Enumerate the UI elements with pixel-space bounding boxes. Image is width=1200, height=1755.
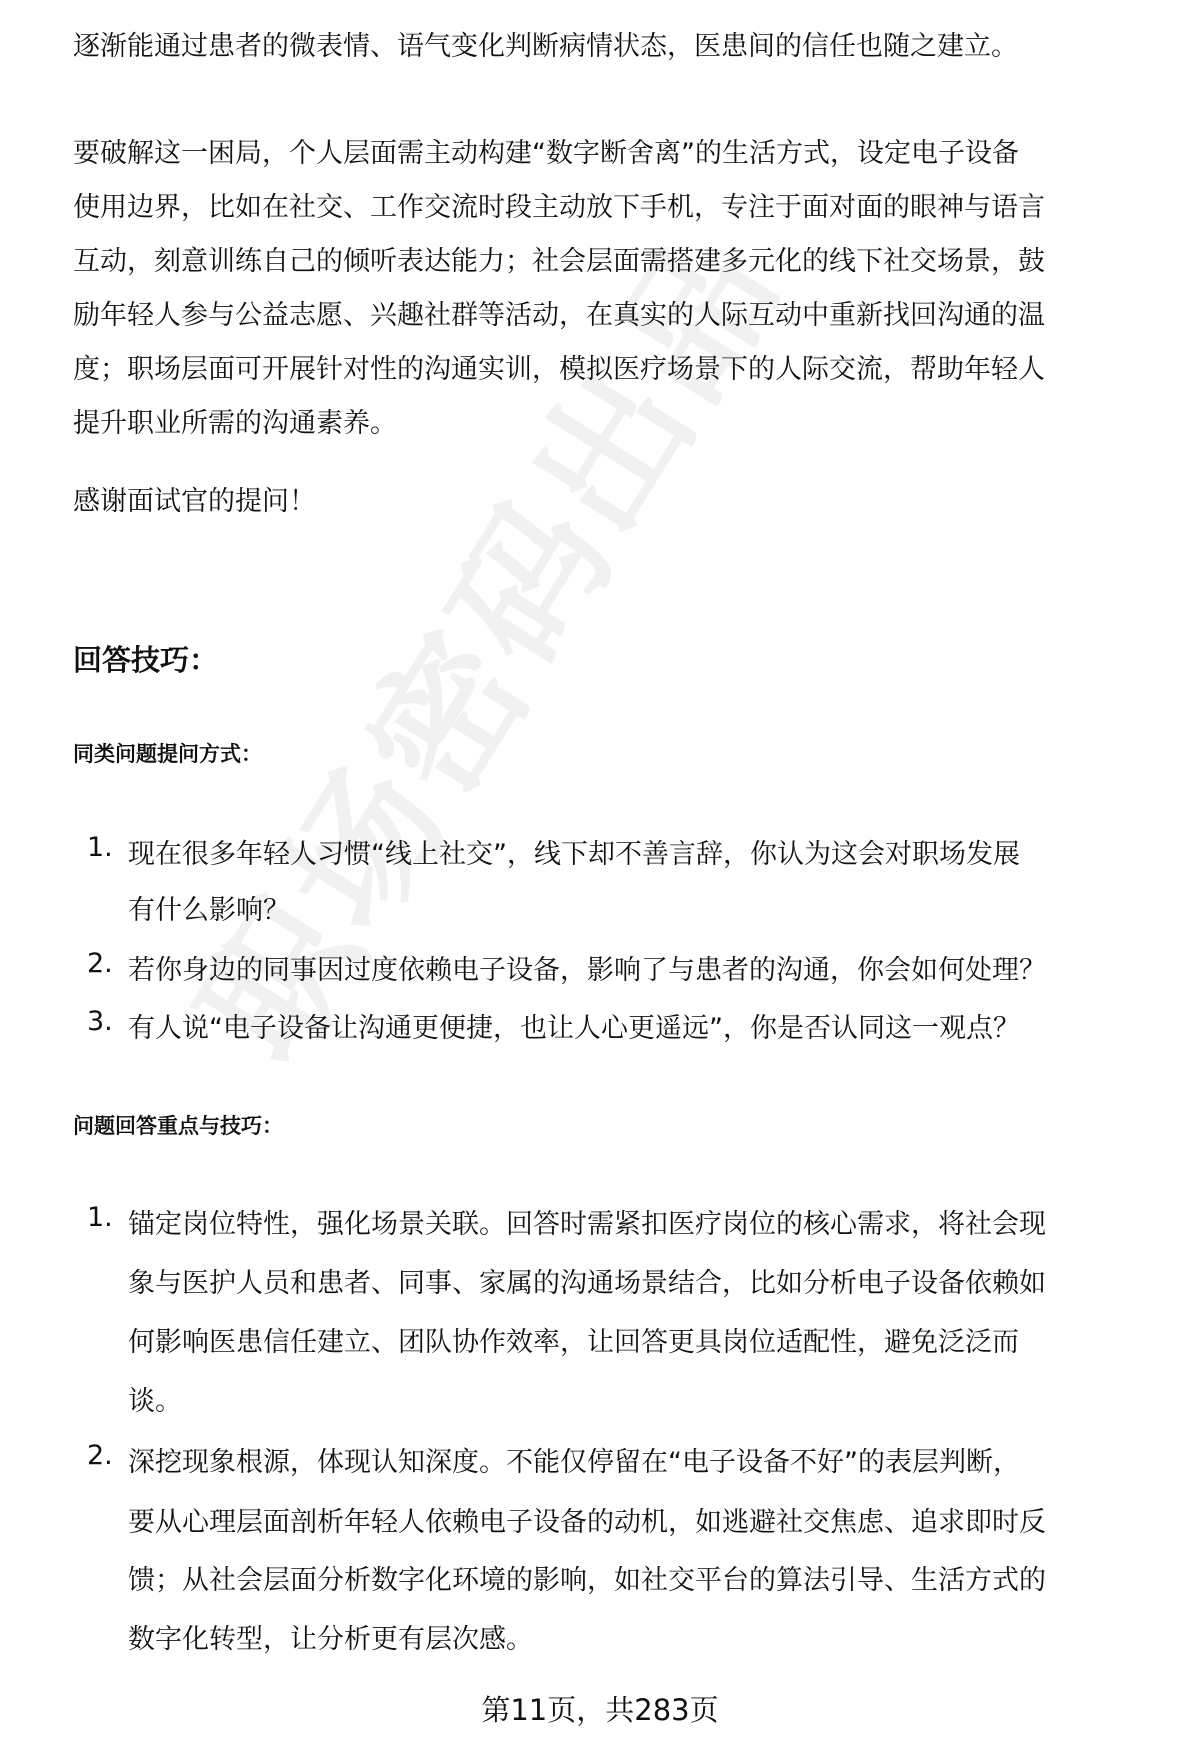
list-number: 1.	[87, 1202, 113, 1233]
closing-thanks: 感谢面试官的提问！	[73, 473, 316, 531]
list-item-continuation: 数字化转型，让分析更有层次感。	[128, 1617, 533, 1656]
list-item: 锚定岗位特性，强化场景关联。回答时需紧扣医疗岗位的核心需求，将社会现	[128, 1202, 1046, 1241]
list-item-continuation: 馈；从社会层面分析数字化环境的影响，如社交平台的算法引导、生活方式的	[128, 1558, 1046, 1597]
list-number: 3.	[87, 1006, 113, 1037]
list-item: 深挖现象根源，体现认知深度。不能仅停留在“电子设备不好”的表层判断，	[128, 1440, 1020, 1479]
list-item: 有人说“电子设备让沟通更便捷，也让人心更遥远”，你是否认同这一观点？	[128, 1006, 1020, 1045]
list-item-continuation: 象与医护人员和患者、同事、家属的沟通场景结合，比如分析电子设备依赖如	[128, 1261, 1046, 1300]
document-page: 逐渐能通过患者的微表情、语气变化判断病情状态，医患间的信任也随之建立。 要破解这…	[0, 0, 1200, 1755]
heading-similar-questions: 同类问题提问方式：	[73, 738, 262, 768]
list-item-continuation: 何影响医患信任建立、团队协作效率，让回答更具岗位适配性，避免泛泛而	[128, 1320, 1019, 1359]
list-item-continuation: 谈。	[128, 1379, 182, 1418]
list-item: 现在很多年轻人习惯“线上社交”，线下却不善言辞，你认为这会对职场发展	[128, 832, 1020, 871]
paragraph-line: 励年轻人参与公益志愿、兴趣社群等活动，在真实的人际互动中重新找回沟通的温	[73, 287, 1045, 345]
list-number: 2.	[87, 1440, 113, 1471]
heading-answer-tips: 回答技巧：	[73, 638, 218, 679]
heading-key-points: 问题回答重点与技巧：	[73, 1110, 283, 1140]
list-number: 2.	[87, 948, 113, 979]
list-item: 若你身边的同事因过度依赖电子设备，影响了与患者的沟通，你会如何处理？	[128, 948, 1046, 987]
paragraph-line: 度；职场层面可开展针对性的沟通实训，模拟医疗场景下的人际交流，帮助年轻人	[73, 341, 1045, 399]
list-item-continuation: 要从心理层面剖析年轻人依赖电子设备的动机，如逃避社交焦虑、追求即时反	[128, 1500, 1046, 1539]
paragraph-line: 互动，刻意训练自己的倾听表达能力；社会层面需搭建多元化的线下社交场景，鼓	[73, 233, 1045, 291]
list-number: 1.	[87, 832, 113, 863]
paragraph-line: 提升职业所需的沟通素养。	[73, 395, 397, 453]
paragraph-line: 使用边界，比如在社交、工作交流时段主动放下手机，专注于面对面的眼神与语言	[73, 179, 1045, 237]
paragraph-line: 要破解这一困局，个人层面需主动构建“数字断舍离”的生活方式，设定电子设备	[73, 125, 1019, 183]
paragraph-line: 逐渐能通过患者的微表情、语气变化判断病情状态，医患间的信任也随之建立。	[73, 18, 1018, 76]
page-indicator: 第11页，共283页	[0, 1688, 1200, 1729]
list-item-continuation: 有什么影响？	[128, 888, 290, 927]
